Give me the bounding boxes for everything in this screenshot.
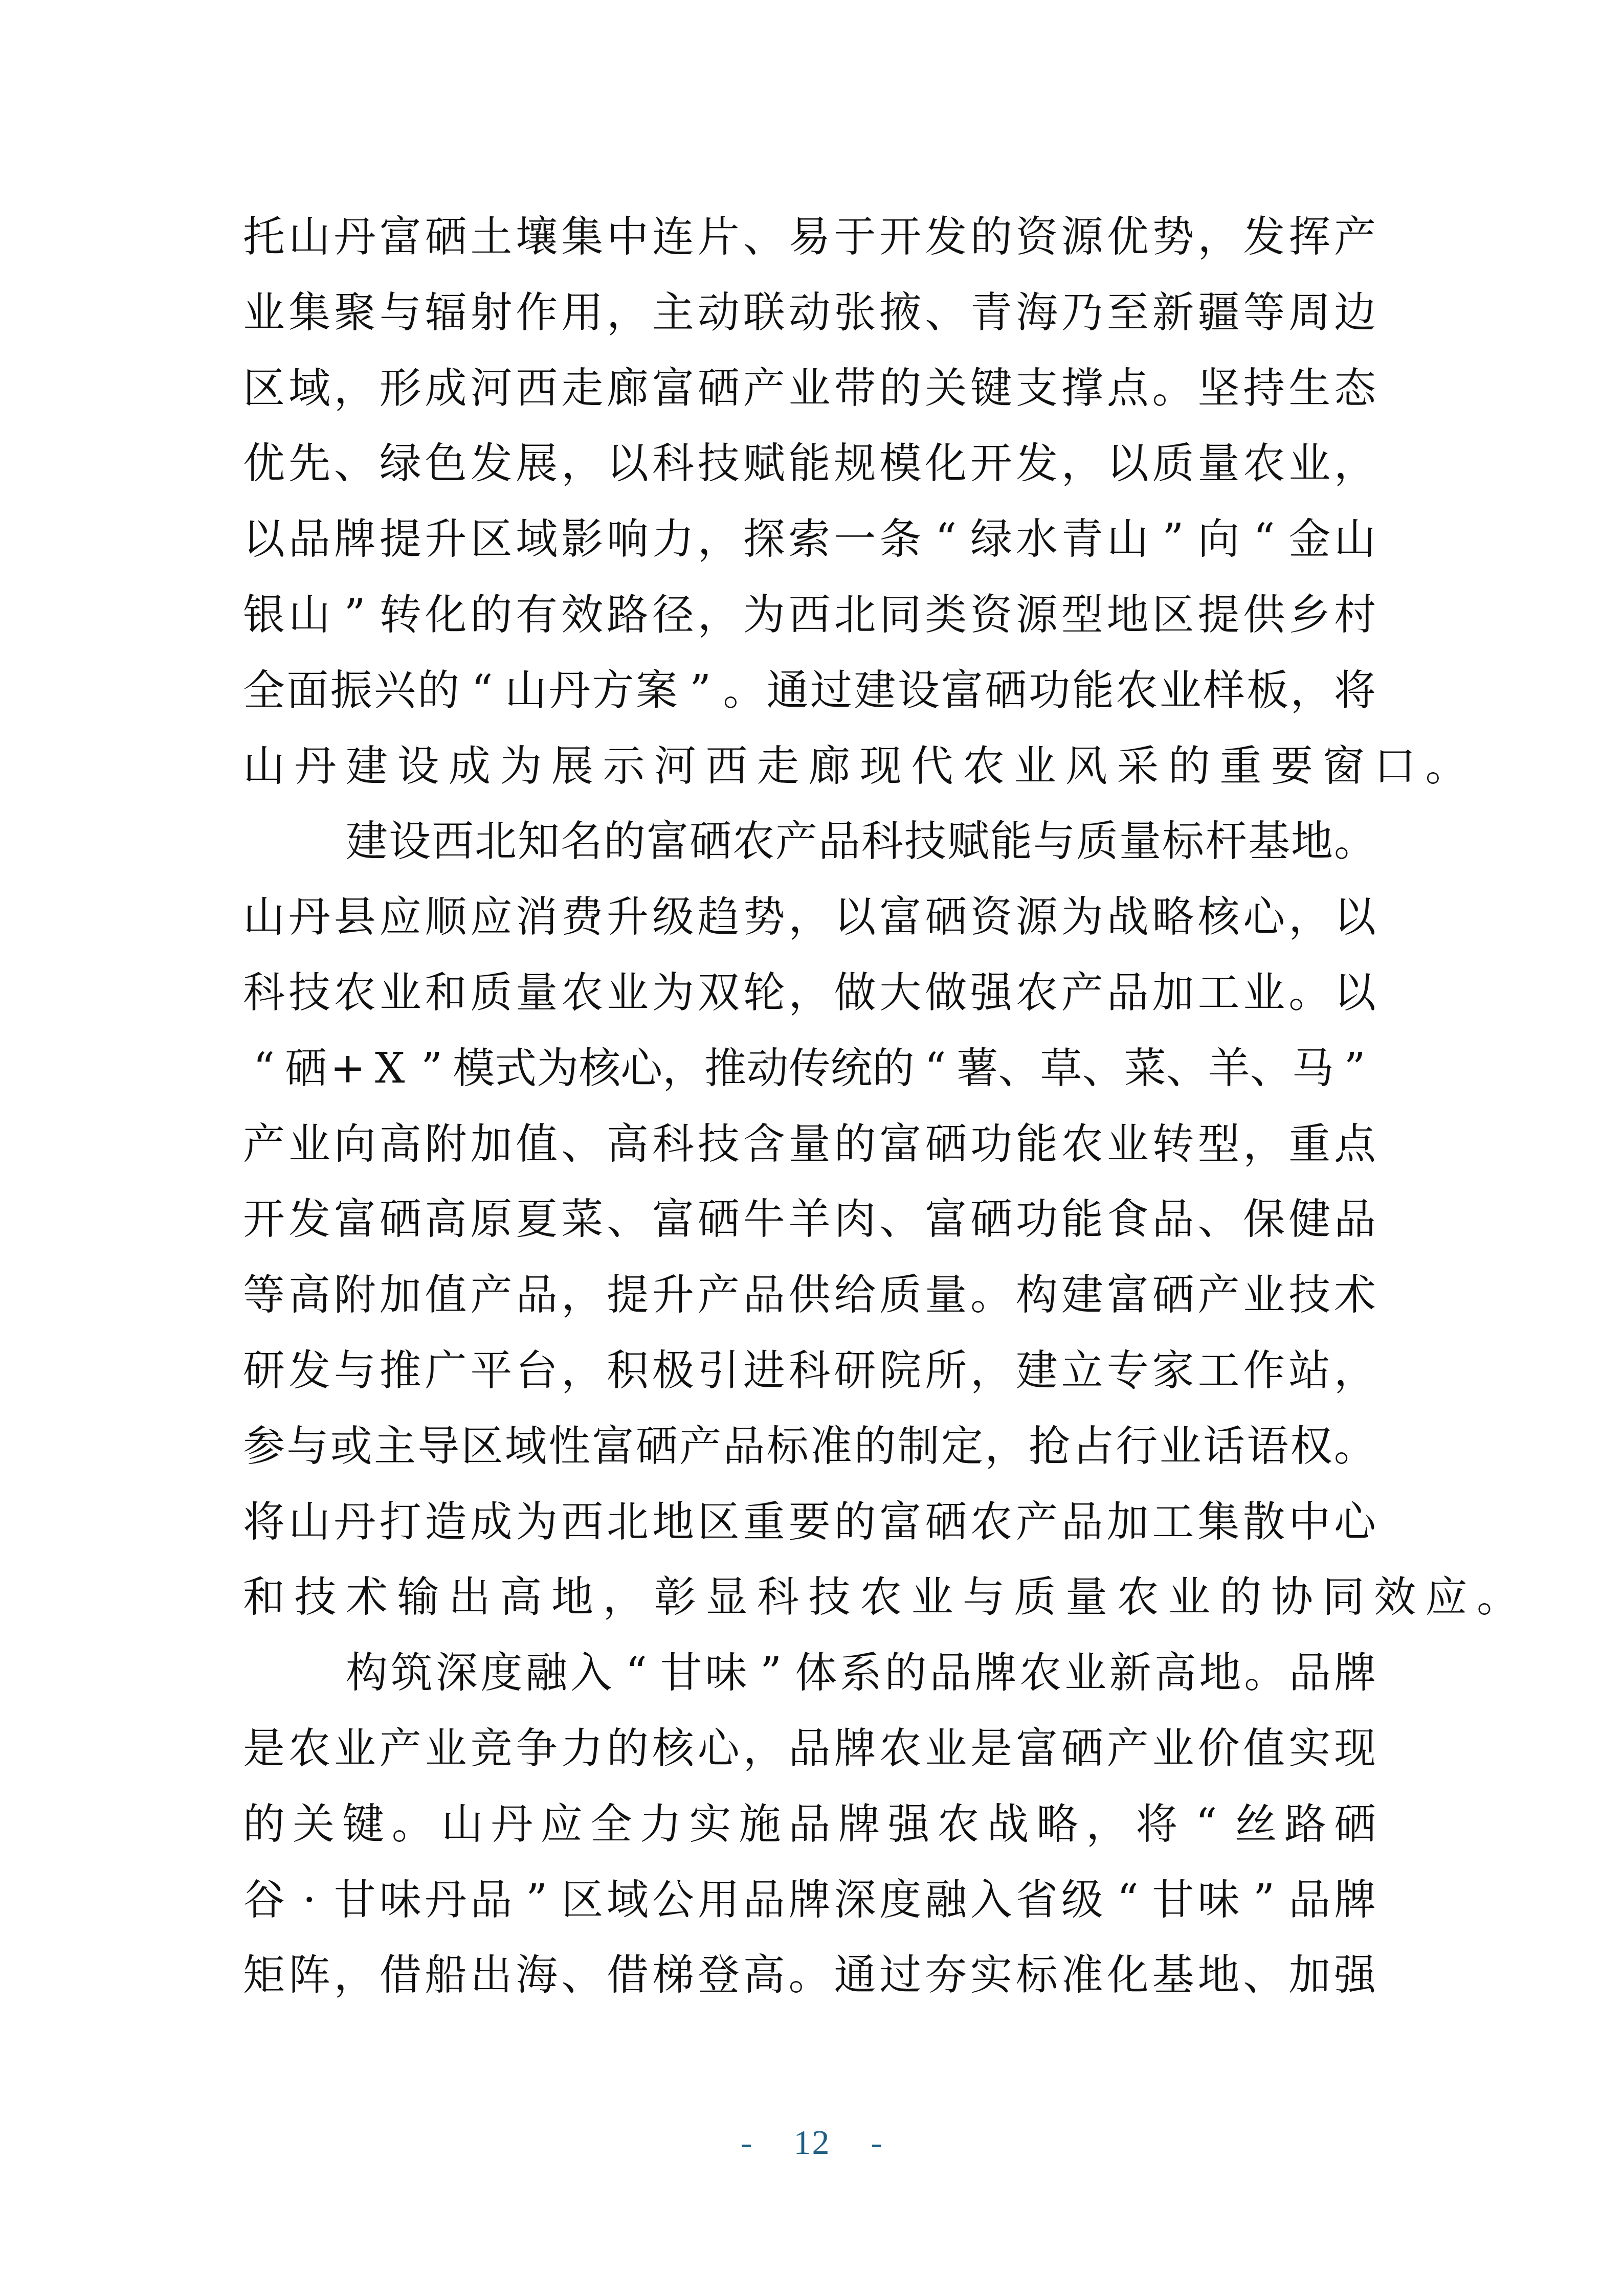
text-line: “硒+X”模式为核心，推动传统的“薯、草、菜、羊、马” (243, 1031, 1376, 1107)
text-line: 谷·甘味丹品”区域公用品牌深度融入省级“甘味”品牌 (243, 1862, 1376, 1938)
paragraph: 构筑深度融入“甘味”体系的品牌农业新高地。品牌是农业产业竞争力的核心，品牌农业是… (243, 1635, 1376, 2013)
text-line: 是农业产业竞争力的核心，品牌农业是富硒产业价值实现 (243, 1711, 1376, 1787)
paragraph: 建设西北知名的富硒农产品科技赋能与质量标杆基地。山丹县应顺应消费升级趋势，以富硒… (243, 804, 1376, 1635)
text-line: 产业向高附加值、高科技含量的富硒功能农业转型，重点 (243, 1107, 1376, 1182)
page-number-footer: - 12 - (0, 2122, 1624, 2163)
text-line: 开发富硒高原夏菜、富硒牛羊肉、富硒功能食品、保健品 (243, 1182, 1376, 1257)
page-number: 12 (794, 2123, 831, 2162)
text-line: 山丹建设成为展示河西走廊现代农业风采的重要窗口。 (243, 729, 1376, 804)
text-line: 区域，形成河西走廊富硒产业带的关键支撑点。坚持生态 (243, 351, 1376, 426)
text-line: 的关键。山丹应全力实施品牌强农战略，将“丝路硒 (243, 1787, 1376, 1862)
text-line: 建设西北知名的富硒农产品科技赋能与质量标杆基地。 (243, 804, 1376, 880)
text-line: 托山丹富硒土壤集中连片、易于开发的资源优势，发挥产 (243, 199, 1376, 275)
text-line: 和技术输出高地，彰显科技农业与质量农业的协同效应。 (243, 1560, 1376, 1635)
text-line: 科技农业和质量农业为双轮，做大做强农产品加工业。以 (243, 955, 1376, 1031)
text-line: 等高附加值产品，提升产品供给质量。构建富硒产业技术 (243, 1257, 1376, 1333)
text-line: 业集聚与辐射作用，主动联动张掖、青海乃至新疆等周边 (243, 275, 1376, 351)
document-page: 托山丹富硒土壤集中连片、易于开发的资源优势，发挥产业集聚与辐射作用，主动联动张掖… (0, 0, 1624, 2296)
text-line: 构筑深度融入“甘味”体系的品牌农业新高地。品牌 (243, 1635, 1376, 1711)
text-line: 以品牌提升区域影响力，探索一条“绿水青山”向“金山 (243, 502, 1376, 577)
text-line: 研发与推广平台，积极引进科研院所，建立专家工作站， (243, 1333, 1376, 1409)
body-text: 托山丹富硒土壤集中连片、易于开发的资源优势，发挥产业集聚与辐射作用，主动联动张掖… (243, 199, 1376, 2013)
paragraph: 托山丹富硒土壤集中连片、易于开发的资源优势，发挥产业集聚与辐射作用，主动联动张掖… (243, 199, 1376, 804)
page-number-dash-left: - (741, 2122, 753, 2163)
text-line: 将山丹打造成为西北地区重要的富硒农产品加工集散中心 (243, 1484, 1376, 1560)
text-line: 优先、绿色发展，以科技赋能规模化开发，以质量农业， (243, 426, 1376, 502)
page-number-dash-right: - (871, 2122, 884, 2163)
text-line: 银山”转化的有效路径，为西北同类资源型地区提供乡村 (243, 577, 1376, 653)
text-line: 全面振兴的“山丹方案”。通过建设富硒功能农业样板，将 (243, 653, 1376, 729)
text-line: 矩阵，借船出海、借梯登高。通过夯实标准化基地、加强 (243, 1938, 1376, 2013)
text-line: 参与或主导区域性富硒产品标准的制定，抢占行业话语权。 (243, 1409, 1376, 1484)
text-line: 山丹县应顺应消费升级趋势，以富硒资源为战略核心，以 (243, 880, 1376, 955)
